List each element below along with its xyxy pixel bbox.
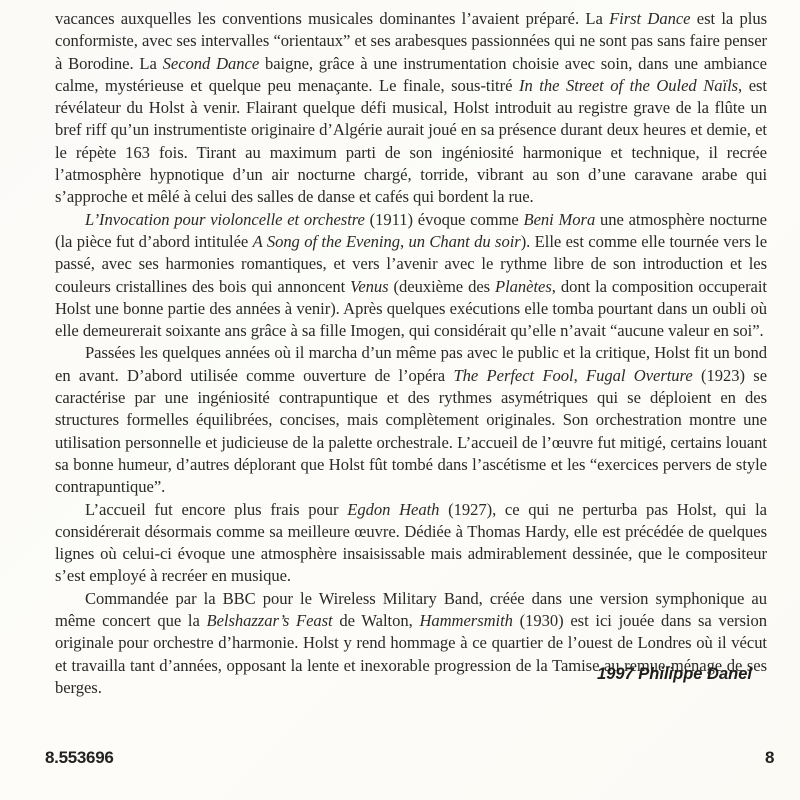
- italic-title-text: L’Invocation pour violoncelle et orchest…: [85, 210, 365, 229]
- paragraph: vacances auxquelles les conventions musi…: [55, 8, 767, 209]
- italic-title-text: Fugal Overture: [586, 366, 693, 385]
- text-run: , est révélateur du Holst à venir. Flair…: [55, 76, 767, 206]
- italic-title-text: Egdon Heath: [347, 500, 439, 519]
- paragraph: L’accueil fut encore plus frais pour Egd…: [55, 499, 767, 588]
- text-run: (1911) évoque comme: [365, 210, 524, 229]
- italic-title-text: un Chant du soir: [409, 232, 521, 251]
- italic-title-text: Venus: [350, 277, 388, 296]
- catalog-number: 8.553696: [45, 748, 114, 768]
- article-body: vacances auxquelles les conventions musi…: [55, 8, 767, 699]
- text-run: (1923) se caractérise par une ingéniosit…: [55, 366, 767, 496]
- text-run: ,: [400, 232, 409, 251]
- italic-title-text: Beni Mora: [524, 210, 596, 229]
- text-run: vacances auxquelles les conventions musi…: [55, 9, 609, 28]
- paragraph: L’Invocation pour violoncelle et orchest…: [55, 209, 767, 343]
- text-run: de Walton,: [333, 611, 420, 630]
- italic-title-text: A Song of the Evening: [253, 232, 400, 251]
- italic-title-text: Belshazzar’s Feast: [207, 611, 333, 630]
- page-number: 8: [765, 748, 774, 768]
- author-signature: 1997 Philippe Danel: [597, 665, 752, 684]
- italic-title-text: In the Street of the Ouled Naïls: [519, 76, 738, 95]
- italic-title-text: Planètes: [495, 277, 552, 296]
- italic-title-text: Hammersmith: [419, 611, 512, 630]
- text-run: (deuxième des: [389, 277, 495, 296]
- italic-title-text: First Dance: [609, 9, 690, 28]
- paragraph: Passées les quelques années où il marcha…: [55, 342, 767, 498]
- italic-title-text: The Perfect Fool: [453, 366, 573, 385]
- booklet-page: vacances auxquelles les conventions musi…: [0, 0, 800, 800]
- italic-title-text: Second Dance: [163, 54, 260, 73]
- text-run: L’accueil fut encore plus frais pour: [85, 500, 347, 519]
- text-run: ,: [574, 366, 586, 385]
